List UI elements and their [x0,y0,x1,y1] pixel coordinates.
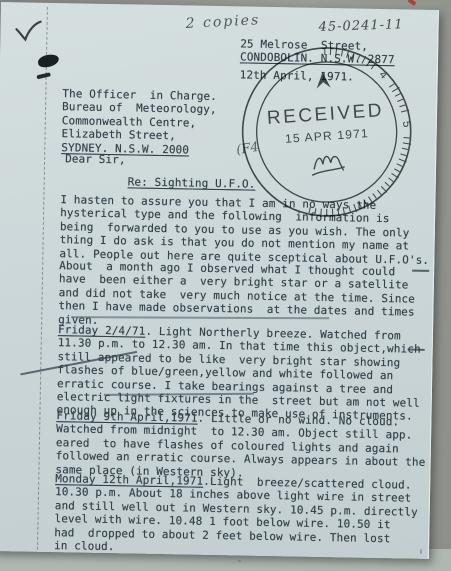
subject-line: Re: Sighting U.F.O. [128,175,256,191]
pen-checkmark [12,18,47,47]
paragraph-2: About a month ago I observed what I thou… [58,259,415,332]
red-edge-mark [408,0,417,6]
dust-speck [420,549,422,554]
received-stamp: ılıılıılıl 4 ılıııl 5 ılıılıılıılıılıılı… [231,36,423,228]
copies-annotation: 2 copies [185,12,260,32]
stamp-arrow-icon [316,72,331,89]
dust-speck [228,556,232,558]
scanned-letter-photo: 2 copies 45-0241-11 (F4 25 Melrose Stree… [0,0,451,571]
dust-speck [238,560,241,562]
salutation: Dear Sir, [65,152,126,166]
ink-dash [36,72,51,79]
stamp-date: 15 APR 1971 [285,126,370,146]
fold-line [37,7,48,550]
stamp-received-label: RECEIVED [266,100,384,129]
paragraph-5: Monday 12th April,1971.Light breeze/scat… [54,472,418,559]
signature-squiggle [311,155,344,175]
recipient-address: The Officer in Charge.Bureau of Meteorol… [61,87,217,157]
ink-blot [37,53,59,68]
paragraph-4: Friday 9th April,1971. Little or no wind… [55,409,426,483]
paragraph-3: Friday 2/4/71. Light Northerly breeze. W… [56,323,421,423]
letter-page: 2 copies 45-0241-11 (F4 25 Melrose Stree… [0,2,439,559]
file-number-annotation: 45-0241-11 [318,17,403,35]
